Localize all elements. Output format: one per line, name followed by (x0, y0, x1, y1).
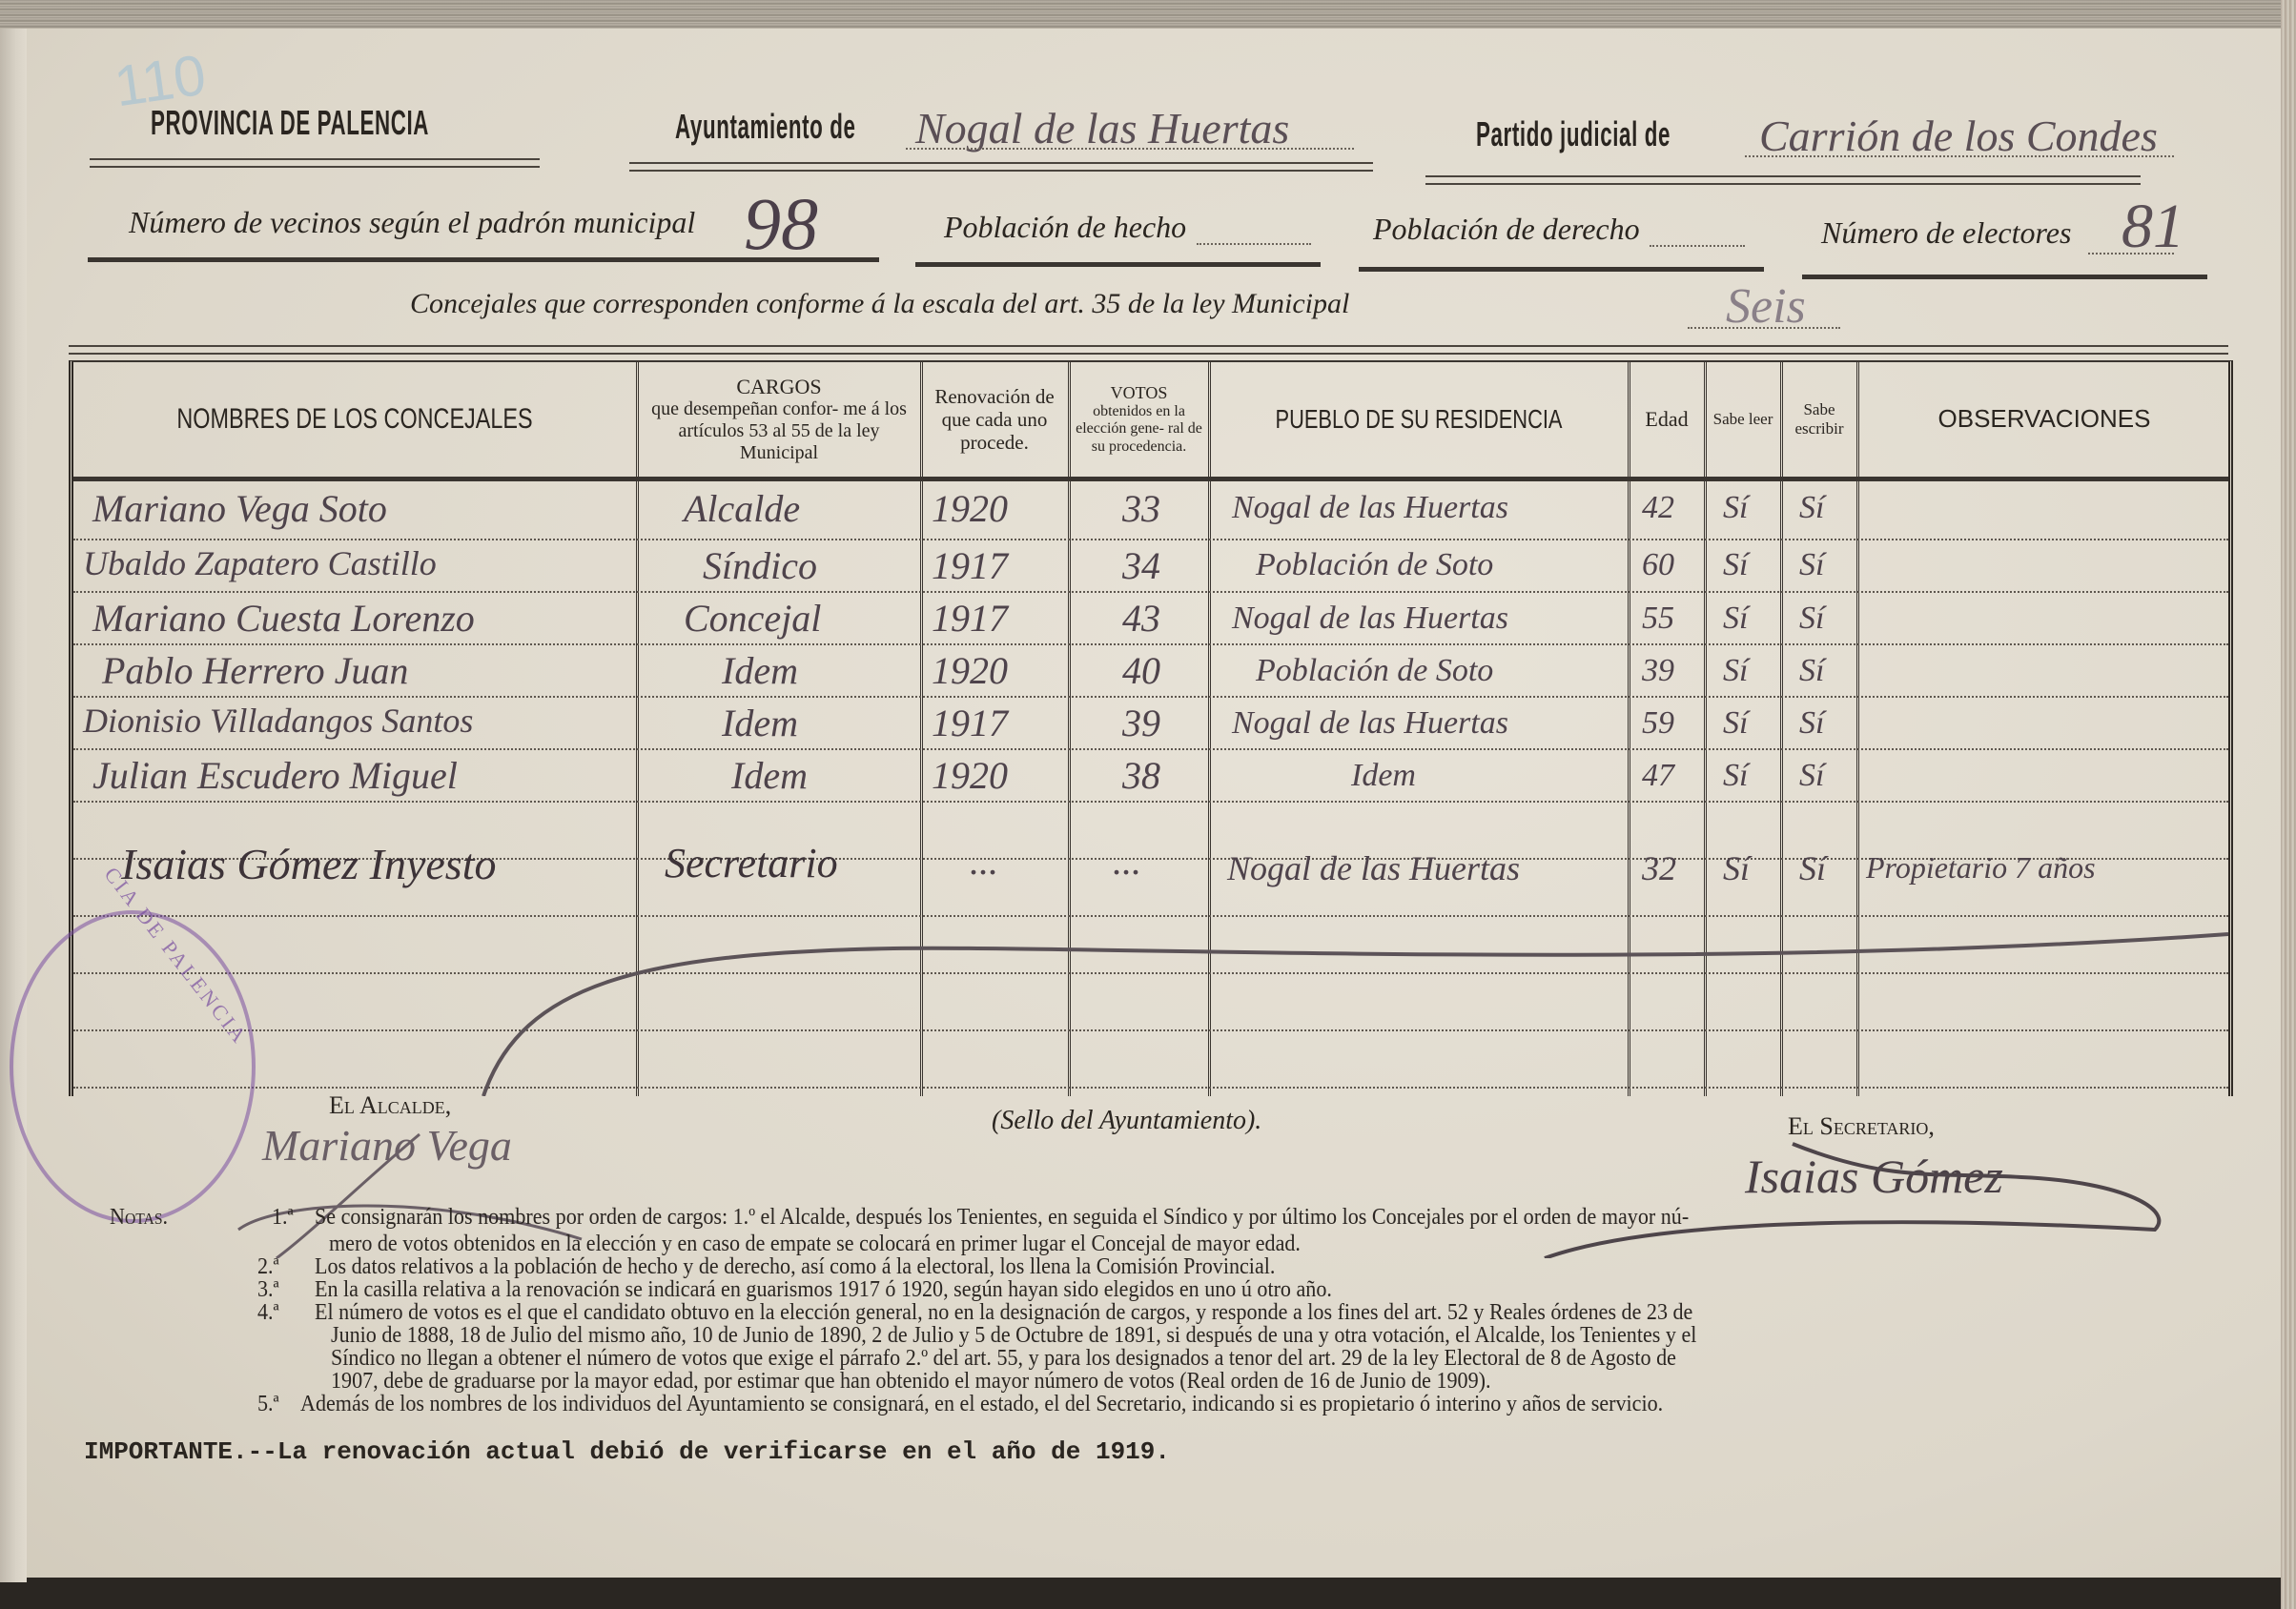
vecinos-label: Número de vecinos según el padrón munici… (129, 205, 695, 240)
divider (90, 158, 540, 168)
fill-line (1745, 155, 2174, 157)
note-text: Se consignarán los nombres por orden de … (315, 1204, 1689, 1231)
secretario-signature-flourish (1507, 1125, 2193, 1258)
document-page: 110 PROVINCIA DE PALENCIA Ayuntamiento d… (0, 0, 2281, 1578)
note-num: 5.ª (257, 1391, 279, 1417)
fill-line (2088, 253, 2174, 255)
vecinos-value: 98 (744, 181, 818, 267)
ayuntamiento-label: Ayuntamiento de (675, 107, 856, 147)
divider (88, 257, 879, 262)
divider (1425, 175, 2141, 185)
important-notice: IMPORTANTE.--La renovación actual debió … (84, 1437, 1170, 1466)
sello-label: (Sello del Ayuntamiento). (992, 1106, 1261, 1136)
partido-value: Carrión de los Condes (1759, 111, 2158, 161)
province-title: PROVINCIA DE PALENCIA (151, 103, 429, 143)
concejales-table: NOMBRES DE LOS CONCEJALES CARGOS que des… (69, 360, 2233, 1096)
fill-line (1688, 327, 1840, 329)
alcalde-label: El Alcalde, (329, 1091, 451, 1120)
note-num: 4.ª (257, 1299, 279, 1326)
concejales-label: Concejales que corresponden conforme á l… (410, 288, 1349, 320)
electores-label: Número de electores (1821, 215, 2071, 251)
poblacion-hecho-field (1197, 243, 1311, 245)
page-stack-edge-top (0, 0, 2296, 29)
divider (915, 262, 1321, 267)
notes-title: Notas. (110, 1204, 168, 1231)
fill-line (906, 148, 1354, 150)
divider (69, 345, 2228, 355)
divider (1359, 267, 1764, 272)
note-num: 1.ª (272, 1204, 294, 1231)
ayuntamiento-value: Nogal de las Huertas (915, 103, 1289, 153)
closing-flourish (73, 362, 2228, 1096)
page-stack-edge-right (2281, 0, 2296, 1609)
poblacion-hecho-label: Población de hecho (944, 210, 1186, 245)
partido-label: Partido judicial de (1476, 114, 1671, 154)
note-text: Además de los nombres de los individuos … (300, 1391, 1663, 1417)
divider (1802, 275, 2207, 279)
binding-edge (0, 0, 27, 1582)
poblacion-derecho-label: Población de derecho (1373, 212, 1640, 247)
poblacion-derecho-field (1650, 245, 1745, 247)
divider (629, 162, 1373, 172)
